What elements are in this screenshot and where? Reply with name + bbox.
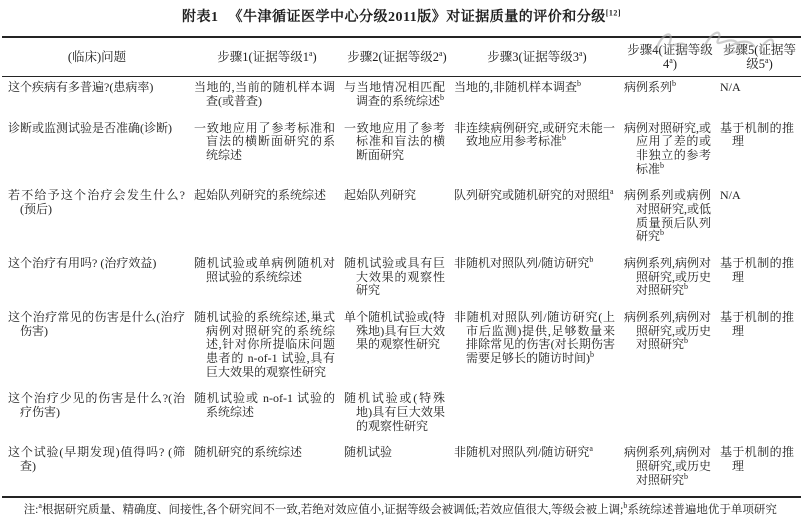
header-step3: 步骤3(证据等级3a): [452, 37, 622, 77]
table-cell: 随机试验或(特殊地)具有巨大效果的观察性研究: [342, 388, 452, 442]
table-cell: 基于机制的推理: [718, 307, 801, 388]
table-cell: 诊断或监测试验是否准确(诊断): [2, 118, 192, 186]
table-cell: 与当地情况相匹配调查的系统综述b: [342, 77, 452, 118]
table-cell: 单个随机试验或(特殊地)具有巨大效果的观察性研究: [342, 307, 452, 388]
header-step4: 步骤4(证据等级4a): [622, 37, 718, 77]
table-cell: 病例系列b: [622, 77, 718, 118]
table-cell: 这个治疗有用吗? (治疗效益): [2, 253, 192, 307]
table-cell: 病例系列,病例对照研究,或历史对照研究b: [622, 253, 718, 307]
table-cell: [718, 388, 801, 442]
table-cell: 病例系列或病例对照研究,或低质量预后队列研究b: [622, 185, 718, 253]
table-cell: 这个治疗常见的伤害是什么(治疗伤害): [2, 307, 192, 388]
header-clinical-question: (临床)问题: [2, 37, 192, 77]
table-cell: 起始队列研究的系统综述: [192, 185, 342, 253]
table-cell: 若不给予这个治疗会发生什么?(预后): [2, 185, 192, 253]
evidence-table: (临床)问题 步骤1(证据等级1a) 步骤2(证据等级2a) 步骤3(证据等级3…: [2, 36, 801, 499]
table-footnote: 注:a根据研究质量、精确度、间接性,各个研究间不一致,若绝对效应值小,证据等级会…: [2, 498, 801, 517]
table-cell: N/A: [718, 77, 801, 118]
table-cell: 随机试验: [342, 442, 452, 497]
journal-table-page: 附表1《牛津循证医学中心分级2011版》对证据质量的评价和分级[12] (临床)…: [0, 0, 803, 517]
table-cell: [622, 388, 718, 442]
table-cell: 非随机对照队列/随访研究(上市后监测)提供,足够数量来排除常见的伤害(对长期伤害…: [452, 307, 622, 388]
table-cell: 基于机制的推理: [718, 118, 801, 186]
table-row-treatment-benefit: 这个治疗有用吗? (治疗效益) 随机试验或单病例随机对照试验的系统综述 随机试验…: [2, 253, 801, 307]
table-title-text: 《牛津循证医学中心分级2011版》对证据质量的评价和分级[12]: [228, 10, 621, 25]
table-cell: 非随机对照队列/随访研究b: [452, 253, 622, 307]
table-row-screening: 这个试验(早期发现)值得吗? (筛查) 随机研究的系统综述 随机试验 非随机对照…: [2, 442, 801, 497]
table-cell: 当地的,当前的随机样本调查(或普查): [192, 77, 342, 118]
table-cell: 随机试验或具有巨大效果的观察性研究: [342, 253, 452, 307]
table-cell: 随机研究的系统综述: [192, 442, 342, 497]
table-cell: N/A: [718, 185, 801, 253]
table-cell: 一致地应用了参考标准和盲法的横断面研究: [342, 118, 452, 186]
table-cell: 随机试验或 n-of-1 试验的系统综述: [192, 388, 342, 442]
table-cell: 随机试验的系统综述,巢式病例对照研究的系统综述,针对你所提临床问题患者的 n-o…: [192, 307, 342, 388]
table-cell: 这个试验(早期发现)值得吗? (筛查): [2, 442, 192, 497]
table-cell: 基于机制的推理: [718, 253, 801, 307]
table-row-prognosis: 若不给予这个治疗会发生什么?(预后) 起始队列研究的系统综述 起始队列研究 队列…: [2, 185, 801, 253]
table-cell: 起始队列研究: [342, 185, 452, 253]
table-row-rare-harms: 这个治疗少见的伤害是什么?(治疗伤害) 随机试验或 n-of-1 试验的系统综述…: [2, 388, 801, 442]
table-title-label: 附表1: [182, 10, 219, 25]
table-cell: 一致地应用了参考标准和盲法的横断面研究的系统综述: [192, 118, 342, 186]
table-cell: 病例系列,病例对照研究,或历史对照研究b: [622, 442, 718, 497]
table-cell: 当地的,非随机样本调查b: [452, 77, 622, 118]
table-header-row: (临床)问题 步骤1(证据等级1a) 步骤2(证据等级2a) 步骤3(证据等级3…: [2, 37, 801, 77]
table-cell: 病例系列,病例对照研究,或历史对照研究b: [622, 307, 718, 388]
table-row-diagnosis: 诊断或监测试验是否准确(诊断) 一致地应用了参考标准和盲法的横断面研究的系统综述…: [2, 118, 801, 186]
table-cell: 病例对照研究,或应用了差的或非独立的参考标准b: [622, 118, 718, 186]
table-cell: 非随机对照队列/随访研究a: [452, 442, 622, 497]
header-step5: 步骤5(证据等级5a): [718, 37, 801, 77]
table-row-common-harms: 这个治疗常见的伤害是什么(治疗伤害) 随机试验的系统综述,巢式病例对照研究的系统…: [2, 307, 801, 388]
table-cell: 这个治疗少见的伤害是什么?(治疗伤害): [2, 388, 192, 442]
header-step2: 步骤2(证据等级2a): [342, 37, 452, 77]
header-step1: 步骤1(证据等级1a): [192, 37, 342, 77]
table-row-prevalence: 这个疾病有多普遍?(患病率) 当地的,当前的随机样本调查(或普查) 与当地情况相…: [2, 77, 801, 118]
table-cell: 随机试验或单病例随机对照试验的系统综述: [192, 253, 342, 307]
table-cell: 基于机制的推理: [718, 442, 801, 497]
table-cell: 这个疾病有多普遍?(患病率): [2, 77, 192, 118]
table-cell: 非连续病例研究,或研究未能一致地应用参考标准b: [452, 118, 622, 186]
table-title: 附表1《牛津循证医学中心分级2011版》对证据质量的评价和分级[12]: [2, 5, 801, 36]
table-cell: [452, 388, 622, 442]
table-cell: 队列研究或随机研究的对照组a: [452, 185, 622, 253]
